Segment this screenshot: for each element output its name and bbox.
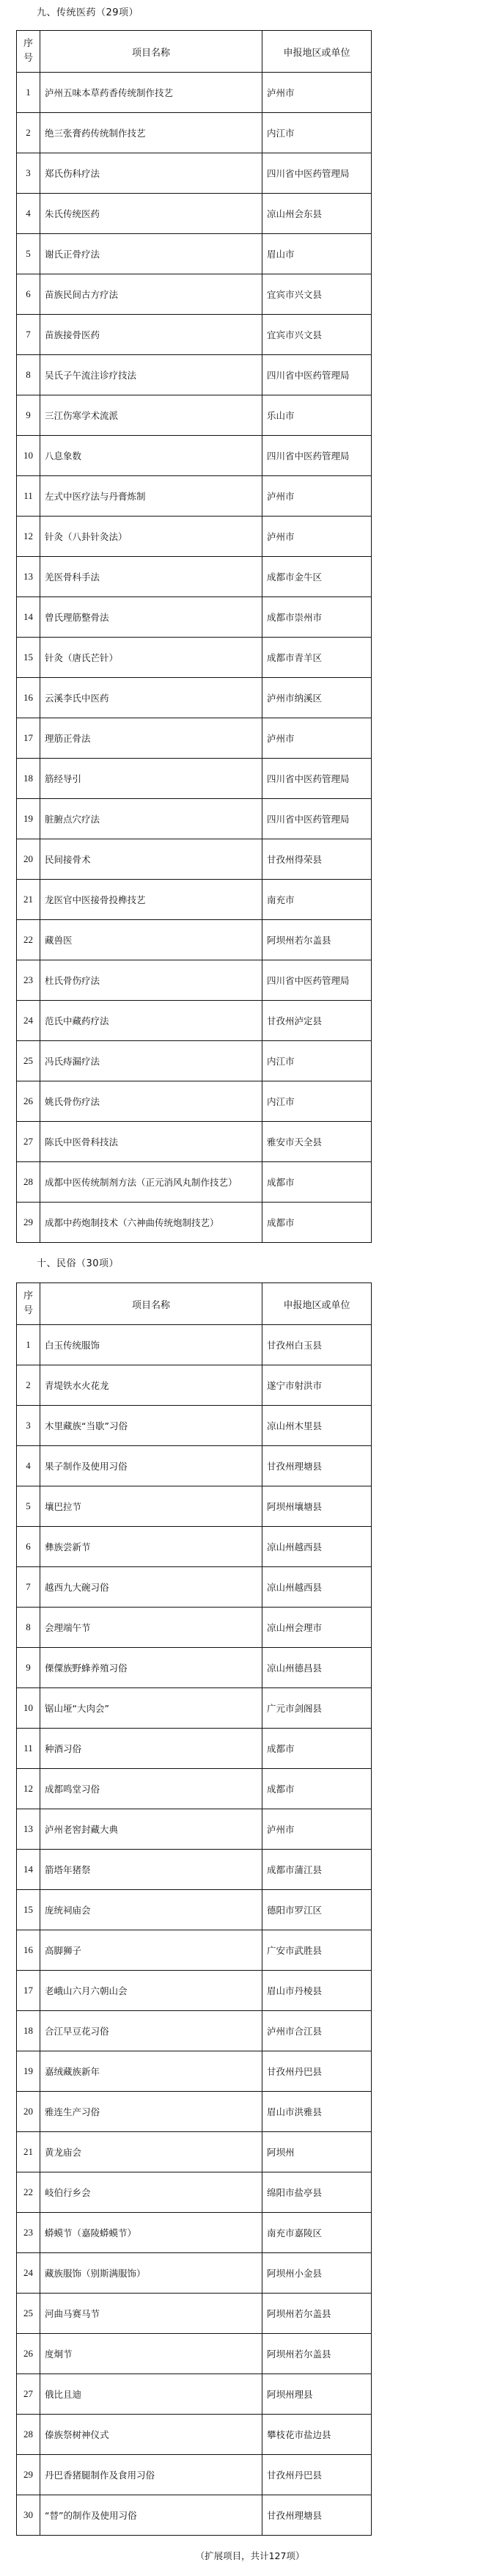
row-unit: 甘孜州丹巴县 <box>262 2455 372 2495</box>
table-row: 22藏兽医阿坝州若尔盖县 <box>17 920 372 960</box>
row-index: 7 <box>17 1567 40 1608</box>
row-item-name: 合江早豆花习俗 <box>40 2011 262 2051</box>
table-row: 13泸州老窖封藏大典泸州市 <box>17 1809 372 1850</box>
table-header-row: 序号 项目名称 申报地区或单位 <box>17 1283 372 1325</box>
row-index: 7 <box>17 315 40 355</box>
table-row: 7苗族接骨医药宜宾市兴文县 <box>17 315 372 355</box>
row-unit: 阿坝州小金县 <box>262 2253 372 2294</box>
table-row: 1泸州五味本草药香传统制作技艺泸州市 <box>17 73 372 113</box>
table-row: 15针灸（唐氏芒针）成都市青羊区 <box>17 638 372 678</box>
table-row: 17理筋正骨法泸州市 <box>17 718 372 759</box>
row-item-name: 老峨山六月六朝山会 <box>40 1971 262 2011</box>
row-unit: 四川省中医药管理局 <box>262 436 372 476</box>
row-unit: 泸州市 <box>262 1809 372 1850</box>
row-index: 3 <box>17 153 40 194</box>
row-item-name: 傈僳族野蜂养殖习俗 <box>40 1648 262 1688</box>
row-item-name: 朱氏传统医药 <box>40 194 262 234</box>
row-index: 27 <box>17 2374 40 2415</box>
row-item-name: 针灸（唐氏芒针） <box>40 638 262 678</box>
row-item-name: 岐伯行乡会 <box>40 2172 262 2213</box>
row-item-name: 曾氏理筋整骨法 <box>40 597 262 638</box>
row-item-name: 河曲马赛马节 <box>40 2294 262 2334</box>
row-item-name: 度炯节 <box>40 2334 262 2374</box>
row-unit: 宜宾市兴文县 <box>262 274 372 315</box>
row-index: 11 <box>17 1729 40 1769</box>
row-index: 19 <box>17 2051 40 2092</box>
row-item-name: 苗族民间古方疗法 <box>40 274 262 315</box>
row-item-name: 左式中医疗法与丹膏炼制 <box>40 476 262 517</box>
row-index: 25 <box>17 2294 40 2334</box>
table-row: 20雅连生产习俗眉山市洪雅县 <box>17 2092 372 2132</box>
row-item-name: 果子制作及使用习俗 <box>40 1446 262 1486</box>
row-index: 14 <box>17 597 40 638</box>
table-row: 2绝三张膏药传统制作技艺内江市 <box>17 113 372 153</box>
row-index: 25 <box>17 1041 40 1081</box>
row-item-name: 谢氏正骨疗法 <box>40 234 262 274</box>
table-row: 8会理端午节凉山州会理市 <box>17 1608 372 1648</box>
row-index: 9 <box>17 395 40 436</box>
row-index: 20 <box>17 839 40 880</box>
section-title-traditional-medicine: 九、传统医药（29项） <box>37 4 139 18</box>
row-index: 13 <box>17 557 40 597</box>
row-unit: 四川省中医药管理局 <box>262 153 372 194</box>
table-row: 14曾氏理筋整骨法成都市崇州市 <box>17 597 372 638</box>
row-unit: 成都市崇州市 <box>262 597 372 638</box>
row-unit: 泸州市合江县 <box>262 2011 372 2051</box>
row-item-name: 云溪李氏中医药 <box>40 678 262 718</box>
table-row: 18合江早豆花习俗泸州市合江县 <box>17 2011 372 2051</box>
row-index: 8 <box>17 355 40 395</box>
table-row: 6苗族民间古方疗法宜宾市兴文县 <box>17 274 372 315</box>
row-index: 19 <box>17 799 40 839</box>
row-unit: 泸州市 <box>262 718 372 759</box>
row-index: 18 <box>17 2011 40 2051</box>
row-unit: 遂宁市射洪市 <box>262 1365 372 1406</box>
row-item-name: 姚氏骨伤疗法 <box>40 1081 262 1122</box>
table-row: 1白玉传统服饰甘孜州白玉县 <box>17 1325 372 1365</box>
table-row: 28傣族祭树神仪式攀枝花市盐边县 <box>17 2415 372 2455</box>
row-item-name: 三江伤寒学术流派 <box>40 395 262 436</box>
row-unit: 眉山市丹棱县 <box>262 1971 372 2011</box>
header-index: 序号 <box>17 1283 40 1325</box>
row-item-name: 冯氏痔漏疗法 <box>40 1041 262 1081</box>
row-unit: 泸州市纳溪区 <box>262 678 372 718</box>
row-item-name: 筋经导引 <box>40 759 262 799</box>
row-index: 21 <box>17 880 40 920</box>
row-unit: 甘孜州丹巴县 <box>262 2051 372 2092</box>
row-item-name: 蟒蟆节（嘉陵蟒蟆节） <box>40 2213 262 2253</box>
row-unit: 德阳市罗江区 <box>262 1890 372 1930</box>
row-unit: 泸州市 <box>262 73 372 113</box>
row-index: 11 <box>17 476 40 517</box>
row-unit: 成都市蒲江县 <box>262 1850 372 1890</box>
table-row: 16高脚狮子广安市武胜县 <box>17 1930 372 1971</box>
table-row: 4果子制作及使用习俗甘孜州理塘县 <box>17 1446 372 1486</box>
row-unit: 甘孜州得荣县 <box>262 839 372 880</box>
table-row: 19脏腑点穴疗法四川省中医药管理局 <box>17 799 372 839</box>
row-index: 26 <box>17 1081 40 1122</box>
header-unit: 申报地区或单位 <box>262 31 372 73</box>
row-unit: 阿坝州若尔盖县 <box>262 2294 372 2334</box>
row-index: 1 <box>17 1325 40 1365</box>
row-unit: 南充市 <box>262 880 372 920</box>
row-item-name: 脏腑点穴疗法 <box>40 799 262 839</box>
row-index: 22 <box>17 2172 40 2213</box>
table-row: 14箭塔年猪祭成都市蒲江县 <box>17 1850 372 1890</box>
row-index: 21 <box>17 2132 40 2172</box>
row-item-name: 彝族尝新节 <box>40 1527 262 1567</box>
row-index: 2 <box>17 1365 40 1406</box>
row-item-name: 雅连生产习俗 <box>40 2092 262 2132</box>
row-item-name: 苗族接骨医药 <box>40 315 262 355</box>
row-item-name: 青堤铁水火花龙 <box>40 1365 262 1406</box>
row-item-name: 白玉传统服饰 <box>40 1325 262 1365</box>
row-index: 15 <box>17 638 40 678</box>
table-row: 24藏族服饰（别斯满服饰）阿坝州小金县 <box>17 2253 372 2294</box>
row-unit: 凉山州德昌县 <box>262 1648 372 1688</box>
row-item-name: 羌医骨科手法 <box>40 557 262 597</box>
row-unit: 眉山市 <box>262 234 372 274</box>
row-unit: 绵阳市盐亭县 <box>262 2172 372 2213</box>
row-item-name: 俄比且迪 <box>40 2374 262 2415</box>
footer-total-note: （扩展项目，共计127项） <box>0 2549 500 2562</box>
row-index: 17 <box>17 718 40 759</box>
table-row: 21龙医官中医接骨投榫技艺南充市 <box>17 880 372 920</box>
table-row: 28成都中医传统制剂方法（正元消风丸制作技艺）成都市 <box>17 1162 372 1203</box>
row-unit: 成都市 <box>262 1729 372 1769</box>
row-item-name: 丹巴香猪腿制作及食用习俗 <box>40 2455 262 2495</box>
section-title-folk-custom: 十、民俗（30项） <box>37 1255 119 1269</box>
row-unit: 雅安市天全县 <box>262 1122 372 1162</box>
row-item-name: 民间接骨术 <box>40 839 262 880</box>
row-index: 18 <box>17 759 40 799</box>
row-index: 2 <box>17 113 40 153</box>
row-index: 8 <box>17 1608 40 1648</box>
table-body: 1泸州五味本草药香传统制作技艺泸州市2绝三张膏药传统制作技艺内江市3郑氏伤科疗法… <box>17 73 372 1243</box>
row-item-name: 嘉绒藏族新年 <box>40 2051 262 2092</box>
table-row: 18筋经导引四川省中医药管理局 <box>17 759 372 799</box>
row-index: 29 <box>17 1203 40 1243</box>
row-item-name: 绝三张膏药传统制作技艺 <box>40 113 262 153</box>
row-item-name: 针灸（八卦针灸法） <box>40 517 262 557</box>
row-index: 23 <box>17 2213 40 2253</box>
table-row: 17老峨山六月六朝山会眉山市丹棱县 <box>17 1971 372 2011</box>
table-row: 29成都中药炮制技术（六神曲传统炮制技艺）成都市 <box>17 1203 372 1243</box>
row-item-name: 傣族祭树神仪式 <box>40 2415 262 2455</box>
row-unit: 四川省中医药管理局 <box>262 355 372 395</box>
row-item-name: 会理端午节 <box>40 1608 262 1648</box>
row-unit: 成都市金牛区 <box>262 557 372 597</box>
header-name: 项目名称 <box>40 31 262 73</box>
table-row: 27陈氏中医骨科技法雅安市天全县 <box>17 1122 372 1162</box>
table-row: 5壤巴拉节阿坝州壤塘县 <box>17 1486 372 1527</box>
row-item-name: 吴氏子午流注诊疗技法 <box>40 355 262 395</box>
table-row: 5谢氏正骨疗法眉山市 <box>17 234 372 274</box>
table-row: 11左式中医疗法与丹膏炼制泸州市 <box>17 476 372 517</box>
row-index: 28 <box>17 2415 40 2455</box>
row-unit: 阿坝州若尔盖县 <box>262 2334 372 2374</box>
table-row: 10锯山垭“大肉会”广元市剑阁县 <box>17 1688 372 1729</box>
row-unit: 甘孜州理塘县 <box>262 1446 372 1486</box>
table-row: 6彝族尝新节凉山州越西县 <box>17 1527 372 1567</box>
row-item-name: 陈氏中医骨科技法 <box>40 1122 262 1162</box>
table-row: 11种酒习俗成都市 <box>17 1729 372 1769</box>
table-row: 27俄比且迪阿坝州理县 <box>17 2374 372 2415</box>
row-item-name: 八息象数 <box>40 436 262 476</box>
row-item-name: 藏族服饰（别斯满服饰） <box>40 2253 262 2294</box>
row-unit: 内江市 <box>262 1081 372 1122</box>
table-row: 10八息象数四川省中医药管理局 <box>17 436 372 476</box>
traditional-medicine-table: 序号 项目名称 申报地区或单位 1泸州五味本草药香传统制作技艺泸州市2绝三张膏药… <box>16 30 372 1243</box>
row-item-name: 范氏中藏药疗法 <box>40 1001 262 1041</box>
table-header-row: 序号 项目名称 申报地区或单位 <box>17 31 372 73</box>
row-index: 27 <box>17 1122 40 1162</box>
row-index: 3 <box>17 1406 40 1446</box>
table-row: 13羌医骨科手法成都市金牛区 <box>17 557 372 597</box>
header-index: 序号 <box>17 31 40 73</box>
row-unit: 成都市 <box>262 1162 372 1203</box>
row-index: 28 <box>17 1162 40 1203</box>
row-item-name: 庞统祠庙会 <box>40 1890 262 1930</box>
row-item-name: 理筋正骨法 <box>40 718 262 759</box>
row-index: 4 <box>17 1446 40 1486</box>
table-row: 4朱氏传统医药凉山州会东县 <box>17 194 372 234</box>
row-unit: 攀枝花市盐边县 <box>262 2415 372 2455</box>
row-item-name: 泸州五味本草药香传统制作技艺 <box>40 73 262 113</box>
table-row: 20民间接骨术甘孜州得荣县 <box>17 839 372 880</box>
row-index: 16 <box>17 1930 40 1971</box>
row-index: 9 <box>17 1648 40 1688</box>
row-index: 6 <box>17 1527 40 1567</box>
folk-custom-table: 序号 项目名称 申报地区或单位 1白玉传统服饰甘孜州白玉县2青堤铁水火花龙遂宁市… <box>16 1282 372 2536</box>
row-index: 10 <box>17 1688 40 1729</box>
row-index: 26 <box>17 2334 40 2374</box>
row-item-name: 木里藏族“当歇”习俗 <box>40 1406 262 1446</box>
table-row: 9傈僳族野蜂养殖习俗凉山州德昌县 <box>17 1648 372 1688</box>
row-unit: 四川省中医药管理局 <box>262 759 372 799</box>
row-index: 13 <box>17 1809 40 1850</box>
row-index: 5 <box>17 1486 40 1527</box>
row-index: 16 <box>17 678 40 718</box>
row-unit: 凉山州越西县 <box>262 1567 372 1608</box>
row-index: 5 <box>17 234 40 274</box>
table-row: 12针灸（八卦针灸法）泸州市 <box>17 517 372 557</box>
table-row: 8吴氏子午流注诊疗技法四川省中医药管理局 <box>17 355 372 395</box>
header-name: 项目名称 <box>40 1283 262 1325</box>
row-item-name: 种酒习俗 <box>40 1729 262 1769</box>
table-row: 16云溪李氏中医药泸州市纳溪区 <box>17 678 372 718</box>
row-index: 12 <box>17 517 40 557</box>
row-item-name: 锯山垭“大肉会” <box>40 1688 262 1729</box>
row-unit: 凉山州会东县 <box>262 194 372 234</box>
row-unit: 广元市剑阁县 <box>262 1688 372 1729</box>
row-unit: 甘孜州泸定县 <box>262 1001 372 1041</box>
row-unit: 泸州市 <box>262 476 372 517</box>
row-item-name: 黄龙庙会 <box>40 2132 262 2172</box>
row-index: 10 <box>17 436 40 476</box>
row-unit: 成都市青羊区 <box>262 638 372 678</box>
row-unit: 成都市 <box>262 1769 372 1809</box>
table-row: 22岐伯行乡会绵阳市盐亭县 <box>17 2172 372 2213</box>
row-item-name: 龙医官中医接骨投榫技艺 <box>40 880 262 920</box>
row-index: 15 <box>17 1890 40 1930</box>
row-item-name: 越西九大碗习俗 <box>40 1567 262 1608</box>
table-row: 3郑氏伤科疗法四川省中医药管理局 <box>17 153 372 194</box>
row-item-name: 壤巴拉节 <box>40 1486 262 1527</box>
row-unit: 广安市武胜县 <box>262 1930 372 1971</box>
row-unit: 乐山市 <box>262 395 372 436</box>
row-item-name: 高脚狮子 <box>40 1930 262 1971</box>
row-unit: 凉山州会理市 <box>262 1608 372 1648</box>
row-index: 12 <box>17 1769 40 1809</box>
table-row: 24范氏中藏药疗法甘孜州泸定县 <box>17 1001 372 1041</box>
row-unit: 凉山州越西县 <box>262 1527 372 1567</box>
row-unit: 眉山市洪雅县 <box>262 2092 372 2132</box>
table-row: 25河曲马赛马节阿坝州若尔盖县 <box>17 2294 372 2334</box>
row-unit: 内江市 <box>262 1041 372 1081</box>
row-item-name: 泸州老窖封藏大典 <box>40 1809 262 1850</box>
table-row: 30“替”的制作及使用习俗甘孜州理塘县 <box>17 2495 372 2536</box>
row-unit: 阿坝州若尔盖县 <box>262 920 372 960</box>
row-item-name: 成都中医传统制剂方法（正元消风丸制作技艺） <box>40 1162 262 1203</box>
table-row: 9三江伤寒学术流派乐山市 <box>17 395 372 436</box>
row-index: 30 <box>17 2495 40 2536</box>
row-index: 1 <box>17 73 40 113</box>
table-body: 1白玉传统服饰甘孜州白玉县2青堤铁水火花龙遂宁市射洪市3木里藏族“当歇”习俗凉山… <box>17 1325 372 2536</box>
row-index: 14 <box>17 1850 40 1890</box>
row-item-name: “替”的制作及使用习俗 <box>40 2495 262 2536</box>
row-item-name: 箭塔年猪祭 <box>40 1850 262 1890</box>
table-row: 23杜氏骨伤疗法四川省中医药管理局 <box>17 960 372 1001</box>
row-index: 4 <box>17 194 40 234</box>
table-row: 2青堤铁水火花龙遂宁市射洪市 <box>17 1365 372 1406</box>
table-row: 21黄龙庙会阿坝州 <box>17 2132 372 2172</box>
row-item-name: 杜氏骨伤疗法 <box>40 960 262 1001</box>
row-index: 29 <box>17 2455 40 2495</box>
row-unit: 宜宾市兴文县 <box>262 315 372 355</box>
row-index: 22 <box>17 920 40 960</box>
row-index: 23 <box>17 960 40 1001</box>
table-row: 7越西九大碗习俗凉山州越西县 <box>17 1567 372 1608</box>
header-unit: 申报地区或单位 <box>262 1283 372 1325</box>
row-unit: 内江市 <box>262 113 372 153</box>
table-row: 15庞统祠庙会德阳市罗江区 <box>17 1890 372 1930</box>
row-index: 24 <box>17 2253 40 2294</box>
row-index: 20 <box>17 2092 40 2132</box>
row-unit: 阿坝州理县 <box>262 2374 372 2415</box>
row-index: 17 <box>17 1971 40 2011</box>
row-index: 24 <box>17 1001 40 1041</box>
row-index: 6 <box>17 274 40 315</box>
row-item-name: 藏兽医 <box>40 920 262 960</box>
table-row: 29丹巴香猪腿制作及食用习俗甘孜州丹巴县 <box>17 2455 372 2495</box>
row-unit: 甘孜州理塘县 <box>262 2495 372 2536</box>
table-row: 23蟒蟆节（嘉陵蟒蟆节）南充市嘉陵区 <box>17 2213 372 2253</box>
row-unit: 四川省中医药管理局 <box>262 960 372 1001</box>
row-unit: 甘孜州白玉县 <box>262 1325 372 1365</box>
table-row: 26度炯节阿坝州若尔盖县 <box>17 2334 372 2374</box>
row-item-name: 成都中药炮制技术（六神曲传统炮制技艺） <box>40 1203 262 1243</box>
row-item-name: 郑氏伤科疗法 <box>40 153 262 194</box>
table-row: 12成都鸣堂习俗成都市 <box>17 1769 372 1809</box>
row-unit: 凉山州木里县 <box>262 1406 372 1446</box>
row-unit: 泸州市 <box>262 517 372 557</box>
row-item-name: 成都鸣堂习俗 <box>40 1769 262 1809</box>
row-unit: 成都市 <box>262 1203 372 1243</box>
row-unit: 南充市嘉陵区 <box>262 2213 372 2253</box>
table-row: 19嘉绒藏族新年甘孜州丹巴县 <box>17 2051 372 2092</box>
table-row: 26姚氏骨伤疗法内江市 <box>17 1081 372 1122</box>
row-unit: 四川省中医药管理局 <box>262 799 372 839</box>
row-unit: 阿坝州 <box>262 2132 372 2172</box>
table-row: 3木里藏族“当歇”习俗凉山州木里县 <box>17 1406 372 1446</box>
table-row: 25冯氏痔漏疗法内江市 <box>17 1041 372 1081</box>
row-unit: 阿坝州壤塘县 <box>262 1486 372 1527</box>
